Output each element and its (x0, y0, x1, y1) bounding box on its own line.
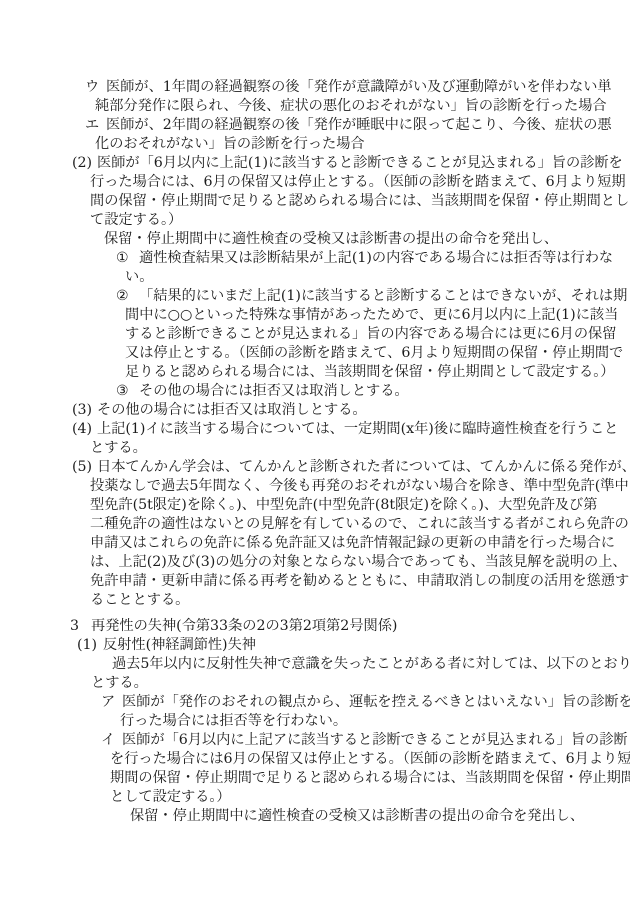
line-text: 過去5年以内に反射性失神で意識を失ったことがある者に対しては、以下のとおり (112, 656, 630, 672)
text-line: ②「結果的にいまだ上記(1)に該当すると診断することはできないが、それは期 (0, 287, 630, 306)
line-text: 純部分発作に限られ、今後、症状の悪化のおそれがない」旨の診断を行った場合 (95, 98, 607, 114)
line-text: い。 (125, 269, 153, 285)
text-line: は、上記(2)及び(3)の処分の対象とならない場合であっても、当該見解を説明の上… (0, 553, 630, 572)
text-line: 又は停止とする。（医師の診断を踏まえて、6月より短期間の保留・停止期間で (0, 344, 630, 363)
item-marker: ③ (116, 382, 139, 401)
line-text: 医師が「6月以内に上記(1)に該当すると診断できることが見込まれる」旨の診断を (97, 155, 623, 171)
text-line: 3再発性の失神(令第33条の2の3第2項第2号関係) (0, 617, 630, 636)
text-line: を行った場合には6月の保留又は停止とする。（医師の診断を踏まえて、6月より短 (0, 750, 630, 769)
line-text: を行った場合には6月の保留又は停止とする。（医師の診断を踏まえて、6月より短 (110, 751, 630, 767)
line-text: 免許申請・更新申請に係る再考を勧めるとともに、申請取消しの制度の活用を慫慂す (90, 573, 629, 589)
line-text: 足りると認められる場合には、当該期間を保留・停止期間として設定する。） (125, 364, 614, 380)
line-text: 申請又はこれらの免許に係る免許証又は免許情報記録の更新の申請を行った場合に (90, 535, 615, 551)
text-line: (1)反射性(神経調節性)失神 (0, 636, 630, 655)
line-text: 医師が「発作のおそれの観点から、運転を控えるべきとはいえない」旨の診断を (122, 694, 630, 710)
line-text: 「結果的にいまだ上記(1)に該当すると診断することはできないが、それは期 (139, 288, 627, 304)
text-line: 行った場合には、6月の保留又は停止とする。（医師の診断を踏まえて、6月より短期 (0, 173, 630, 192)
item-marker: ア (101, 693, 122, 712)
text-line: イ医師が「6月以内に上記アに該当すると診断できることが見込まれる」旨の診断 (0, 731, 630, 750)
text-line: 間中に○○といった特殊な事情があったためで、更に6月以内に上記(1)に該当 (0, 306, 630, 325)
line-text: すると診断できることが見込まれる」旨の内容である場合には更に6月の保留 (125, 326, 616, 342)
line-text: ることとする。 (90, 592, 189, 608)
line-text: 投薬なしで過去5年間なく、今後も再発のおそれがない場合を除き、準中型免許(準中 (90, 478, 629, 494)
line-text: 医師が、1年間の経過観察の後「発作が意識障がい及び運動障がいを伴わない単 (106, 79, 612, 95)
item-marker: (4) (72, 420, 97, 439)
text-line: ウ医師が、1年間の経過観察の後「発作が意識障がい及び運動障がいを伴わない単 (0, 78, 630, 97)
item-marker: (5) (72, 458, 97, 477)
text-line: 免許申請・更新申請に係る再考を勧めるとともに、申請取消しの制度の活用を慫慂す (0, 572, 630, 591)
text-line: 投薬なしで過去5年間なく、今後も再発のおそれがない場合を除き、準中型免許(準中 (0, 477, 630, 496)
text-line: (4)上記(1)イに該当する場合については、一定期間(x年)後に臨時適性検査を行… (0, 420, 630, 439)
line-text: 行った場合には拒否等を行わない。 (120, 713, 347, 729)
line-text: 又は停止とする。（医師の診断を踏まえて、6月より短期間の保留・停止期間で (125, 345, 623, 361)
text-line: 二種免許の適性はないとの見解を有しているので、これに該当する者がこれら免許の (0, 515, 630, 534)
text-line: 過去5年以内に反射性失神で意識を失ったことがある者に対しては、以下のとおり (0, 655, 630, 674)
line-text: その他の場合には拒否又は取消しとする。 (139, 383, 409, 399)
line-text: その他の場合には拒否又は取消しとする。 (97, 402, 367, 418)
line-text: として設定する。） (110, 789, 231, 805)
line-text: 二種免許の適性はないとの見解を有しているので、これに該当する者がこれら免許の (90, 516, 629, 532)
line-text: 医師が「6月以内に上記アに該当すると診断できることが見込まれる」旨の診断 (122, 732, 628, 748)
text-line: として設定する。） (0, 788, 630, 807)
line-text: 行った場合には、6月の保留又は停止とする。（医師の診断を踏まえて、6月より短期 (90, 174, 626, 190)
line-text: 適性検査結果又は診断結果が上記(1)の内容である場合には拒否等は行わな (139, 250, 613, 266)
line-text: 期間の保留・停止期間で足りると認められる場合には、当該期間を保留・停止期間 (110, 770, 630, 786)
document-page: ウ医師が、1年間の経過観察の後「発作が意識障がい及び運動障がいを伴わない単純部分… (0, 0, 630, 903)
text-line: とする。 (0, 674, 630, 693)
text-line: 型免許(5t限定)を除く。)、中型免許(中型免許(8t限定)を除く。)、大型免許… (0, 496, 630, 515)
text-line: とする。 (0, 439, 630, 458)
text-line: い。 (0, 268, 630, 287)
text-line: ア医師が「発作のおそれの観点から、運転を控えるべきとはいえない」旨の診断を (0, 693, 630, 712)
text-line: ①適性検査結果又は診断結果が上記(1)の内容である場合には拒否等は行わな (0, 249, 630, 268)
text-line: 足りると認められる場合には、当該期間を保留・停止期間として設定する。） (0, 363, 630, 382)
line-text: 化のおそれがない」旨の診断を行った場合 (95, 136, 365, 152)
text-line: (3)その他の場合には拒否又は取消しとする。 (0, 401, 630, 420)
text-line: (5)日本てんかん学会は、てんかんと診断された者については、てんかんに係る発作が… (0, 458, 630, 477)
item-marker: (2) (72, 154, 97, 173)
text-line: ③その他の場合には拒否又は取消しとする。 (0, 382, 630, 401)
line-text: は、上記(2)及び(3)の処分の対象とならない場合であっても、当該見解を説明の上… (90, 554, 627, 570)
line-text: 日本てんかん学会は、てんかんと診断された者については、てんかんに係る発作が、 (97, 459, 630, 475)
text-line: 期間の保留・停止期間で足りると認められる場合には、当該期間を保留・停止期間 (0, 769, 630, 788)
text-line: て設定する。） (0, 211, 630, 230)
line-text: 上記(1)イに該当する場合については、一定期間(x年)後に臨時適性検査を行うこと (97, 421, 618, 437)
text-line: 保留・停止期間中に適性検査の受検又は診断書の提出の命令を発出し、 (0, 807, 630, 826)
line-text: 医師が、2年間の経過観察の後「発作が睡眠中に限って起こり、今後、症状の悪 (106, 117, 612, 133)
item-marker: ② (116, 287, 139, 306)
line-text: とする。 (91, 675, 148, 691)
text-line: (2)医師が「6月以内に上記(1)に該当すると診断できることが見込まれる」旨の診… (0, 154, 630, 173)
item-marker: エ (85, 116, 106, 135)
text-line: 申請又はこれらの免許に係る免許証又は免許情報記録の更新の申請を行った場合に (0, 534, 630, 553)
item-marker: ウ (85, 78, 106, 97)
line-text: 間の保留・停止期間で足りると認められる場合には、当該期間を保留・停止期間とし (90, 193, 629, 209)
text-line: 化のおそれがない」旨の診断を行った場合 (0, 135, 630, 154)
line-text: 型免許(5t限定)を除く。)、中型免許(中型免許(8t限定)を除く。)、大型免許… (90, 497, 597, 513)
line-text: 反射性(神経調節性)失神 (103, 637, 256, 653)
document-body: ウ医師が、1年間の経過観察の後「発作が意識障がい及び運動障がいを伴わない単純部分… (0, 78, 630, 826)
line-text: 保留・停止期間中に適性検査の受検又は診断書の提出の命令を発出し、 (104, 231, 558, 247)
text-line: ることとする。 (0, 591, 630, 610)
line-text: 保留・停止期間中に適性検査の受検又は診断書の提出の命令を発出し、 (130, 808, 584, 824)
item-marker: ① (116, 249, 139, 268)
text-line: 間の保留・停止期間で足りると認められる場合には、当該期間を保留・停止期間とし (0, 192, 630, 211)
line-text: て設定する。） (90, 212, 182, 228)
line-text: 再発性の失神(令第33条の2の3第2項第2号関係) (91, 618, 397, 634)
item-marker: (3) (72, 401, 97, 420)
text-line: 純部分発作に限られ、今後、症状の悪化のおそれがない」旨の診断を行った場合 (0, 97, 630, 116)
text-line: エ医師が、2年間の経過観察の後「発作が睡眠中に限って起こり、今後、症状の悪 (0, 116, 630, 135)
line-text: とする。 (90, 440, 147, 456)
line-text: 間中に○○といった特殊な事情があったためで、更に6月以内に上記(1)に該当 (125, 307, 618, 323)
item-marker: イ (101, 731, 122, 750)
text-line: 保留・停止期間中に適性検査の受検又は診断書の提出の命令を発出し、 (0, 230, 630, 249)
item-marker: (1) (77, 636, 103, 655)
text-line: すると診断できることが見込まれる」旨の内容である場合には更に6月の保留 (0, 325, 630, 344)
text-line: 行った場合には拒否等を行わない。 (0, 712, 630, 731)
item-marker: 3 (70, 617, 91, 636)
